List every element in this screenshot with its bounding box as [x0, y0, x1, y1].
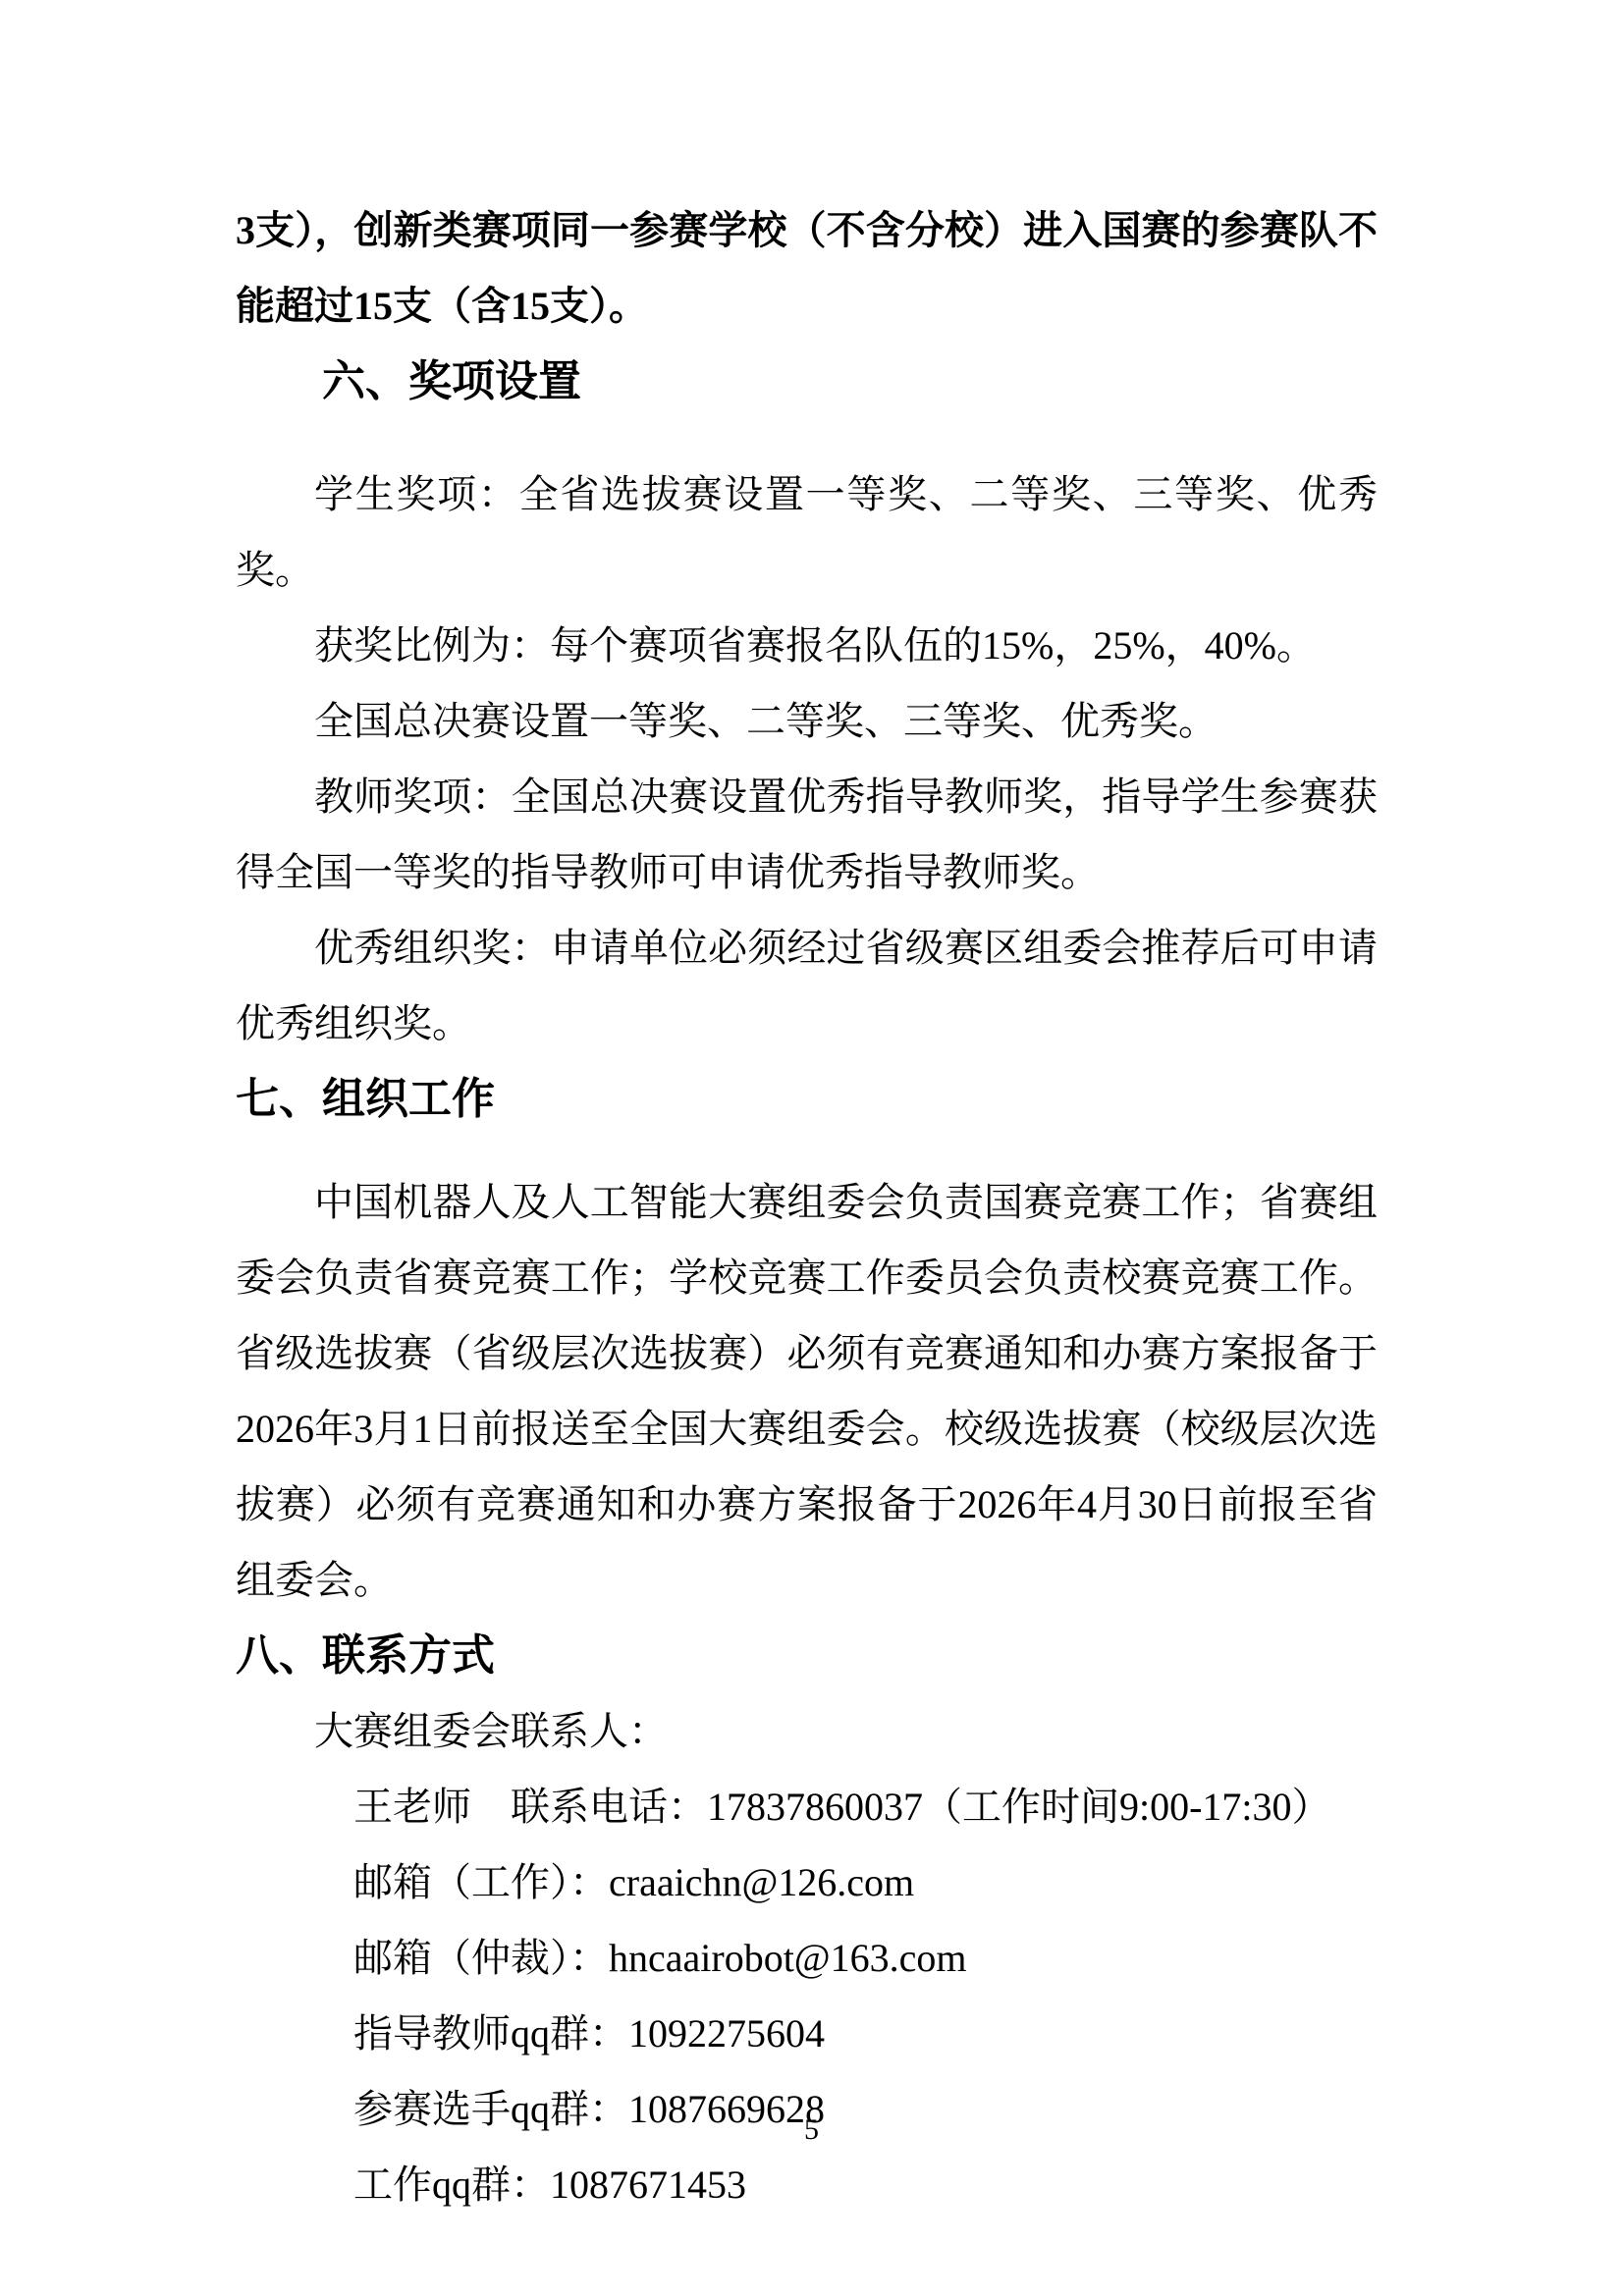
section-awards-title: 六、奖项设置 [236, 344, 1378, 419]
document-page: 3支），创新类赛项同一参赛学校（不含分校）进入国赛的参赛队不能超过15支（含15… [0, 0, 1623, 2296]
section-contact-title: 八、联系方式 [236, 1618, 1378, 1693]
awards-paragraph-ratio: 获奖比例为：每个赛项省赛报名队伍的15%，25%，40%。 [236, 608, 1378, 683]
contact-item-email-arbitration: 邮箱（仲裁）：hncaairobot@163.com [236, 1920, 1378, 1996]
contact-lead: 大赛组委会联系人： [236, 1693, 1378, 1769]
section-organization-title: 七、组织工作 [236, 1061, 1378, 1137]
awards-paragraph-finals: 全国总决赛设置一等奖、二等奖、三等奖、优秀奖。 [236, 683, 1378, 759]
awards-paragraph-students: 学生奖项：全省选拔赛设置一等奖、二等奖、三等奖、优秀奖。 [236, 456, 1378, 608]
contact-item-qq-teachers: 指导教师qq群：1092275604 [236, 1996, 1378, 2071]
contact-item-qq-work: 工作qq群：1087671453 [236, 2147, 1378, 2222]
continuation-paragraph: 3支），创新类赛项同一参赛学校（不含分校）进入国赛的参赛队不能超过15支（含15… [236, 192, 1378, 344]
awards-paragraph-teachers: 教师奖项：全国总决赛设置优秀指导教师奖，指导学生参赛获得全国一等奖的指导教师可申… [236, 759, 1378, 910]
organization-paragraph: 中国机器人及人工智能大赛组委会负责国赛竞赛工作；省赛组委会负责省赛竞赛工作；学校… [236, 1164, 1378, 1618]
contact-item-email-work: 邮箱（工作）：craaichn@126.com [236, 1844, 1378, 1920]
contact-item-phone: 王老师 联系电话：17837860037（工作时间9:00-17:30） [236, 1769, 1378, 1844]
page-number: 5 [0, 2110, 1623, 2150]
awards-paragraph-organization-award: 优秀组织奖：申请单位必须经过省级赛区组委会推荐后可申请优秀组织奖。 [236, 910, 1378, 1061]
